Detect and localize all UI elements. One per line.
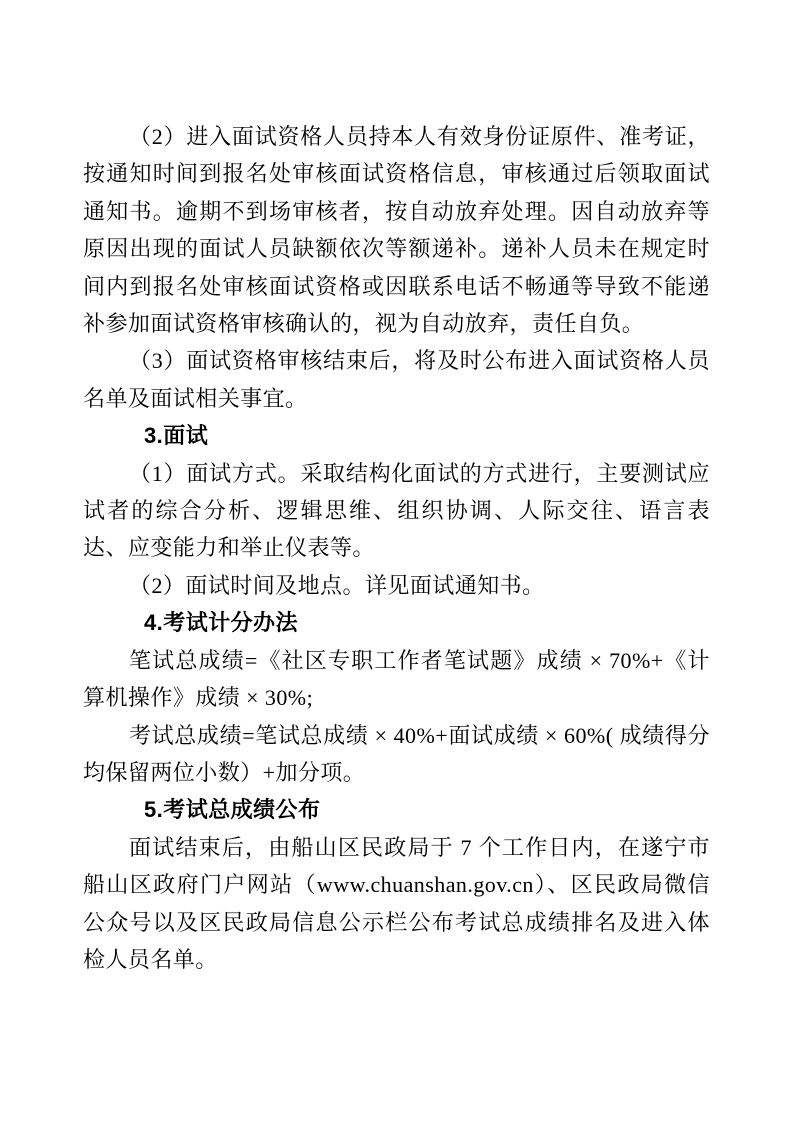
paragraph-interview-qualification-review: （2）进入面试资格人员持本人有效身份证原件、准考证，按通知时间到报名处审核面试资…	[83, 118, 710, 342]
paragraph-total-score-formula: 考试总成绩=笔试总成绩 × 40%+面试成绩 × 60%( 成绩得分均保留两位小…	[83, 717, 710, 792]
document-body: （2）进入面试资格人员持本人有效身份证原件、准考证，按通知时间到报名处审核面试资…	[83, 118, 710, 978]
heading-interview: 3.面试	[83, 417, 710, 454]
paragraph-interview-time-location: （2）面试时间及地点。详见面试通知书。	[83, 567, 710, 604]
paragraph-written-score-formula: 笔试总成绩=《社区专职工作者笔试题》成绩 × 70%+《计算机操作》成绩 × 3…	[83, 642, 710, 717]
paragraph-score-publication: 面试结束后，由船山区民政局于 7 个工作日内，在遂宁市船山区政府门户网站（www…	[83, 829, 710, 979]
heading-exam-scoring-method: 4.考试计分办法	[83, 604, 710, 641]
heading-total-score-announcement: 5.考试总成绩公布	[83, 791, 710, 828]
paragraph-interview-method: （1）面试方式。采取结构化面试的方式进行，主要测试应试者的综合分析、逻辑思维、组…	[83, 455, 710, 567]
document-page: （2）进入面试资格人员持本人有效身份证原件、准考证，按通知时间到报名处审核面试资…	[0, 0, 793, 1122]
paragraph-interview-list-announcement: （3）面试资格审核结束后，将及时公布进入面试资格人员名单及面试相关事宜。	[83, 342, 710, 417]
